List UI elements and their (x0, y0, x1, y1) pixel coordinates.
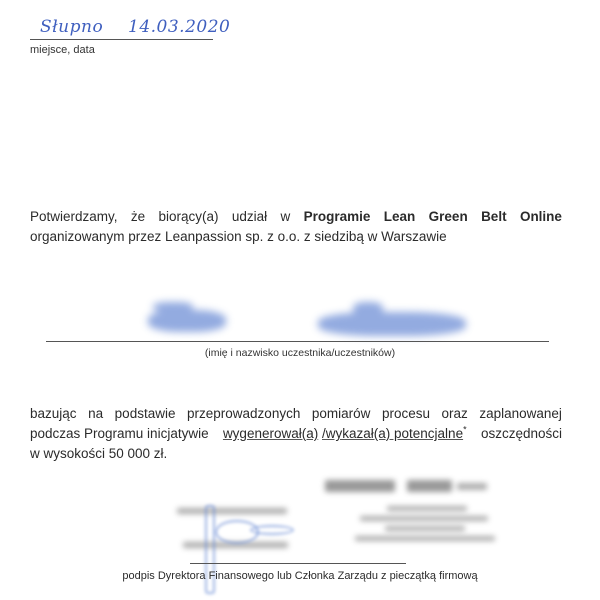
footnote-asterisk: * (463, 425, 467, 435)
confirmation-line-2: organizowanym przez Leanpassion sp. z o.… (30, 227, 562, 247)
participant-last-name-redacted (318, 302, 468, 342)
participant-name-label: (imię i nazwisko uczestnika/uczestników) (0, 347, 600, 359)
program-name-word: Belt (481, 207, 507, 227)
savings-amount-line: w wysokości 50 000 zł. (30, 444, 562, 464)
program-name-word: Lean (384, 207, 416, 227)
program-name-word: Online (520, 207, 562, 227)
signature-underline (190, 563, 406, 564)
confirmation-paragraph: Potwierdzamy, że biorący(a) udział w Pro… (30, 207, 562, 247)
program-name-word: Green (429, 207, 468, 227)
program-name-word: Programie (304, 207, 371, 227)
place-date-label: miejsce, data (30, 44, 95, 56)
date-handwritten: 14.03.2020 (128, 17, 230, 37)
savings-line-1: bazując na podstawie przeprowadzonych po… (30, 404, 562, 424)
selected-option: /wykazał(a) potencjalne (322, 426, 463, 441)
signature-label: podpis Dyrektora Finansowego lub Członka… (0, 570, 600, 582)
place-handwritten: Słupno (40, 17, 103, 37)
place-date-underline (30, 39, 213, 40)
participant-name-underline (46, 341, 549, 342)
savings-line-2: podczas Programu inicjatywie wygenerował… (30, 424, 562, 444)
company-stamp-redacted (325, 478, 505, 548)
struck-option: wygenerował(a) (223, 426, 318, 441)
savings-paragraph: bazując na podstawie przeprowadzonych po… (30, 404, 562, 464)
participant-first-name-redacted (148, 302, 228, 342)
confirmation-line-1: Potwierdzamy, że biorący(a) udział w Pro… (30, 207, 562, 227)
